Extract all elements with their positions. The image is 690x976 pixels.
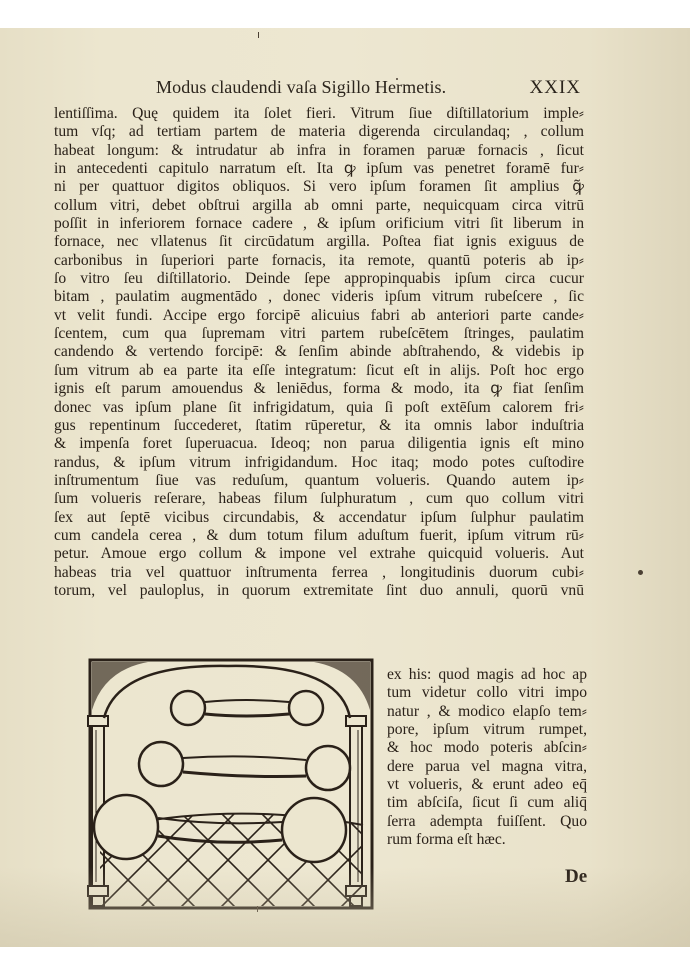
woodcut-illustration xyxy=(78,650,380,916)
text-line: ſcentem, cum qua ſupremam vitri partem r… xyxy=(54,325,584,343)
text-line: habeat longum: & intrudatur ab infra in … xyxy=(54,142,584,160)
ink-speck xyxy=(638,570,643,575)
text-line: petur. Amoue ergo collum & impone vel ex… xyxy=(54,545,584,563)
text-line: torum, vel pauloplus, in quorum extremit… xyxy=(54,582,584,600)
text-line: tim abſciſa, ſicut ſi cum aliq̄ xyxy=(387,794,587,812)
text-line: collum vitri, debet obſtrui argilla ab o… xyxy=(54,197,584,215)
text-line: ſum volueris reſerare, habeas filum ſulp… xyxy=(54,490,584,508)
text-line: lentiſſima. Quę quidem ita ſolet fieri. … xyxy=(54,105,584,123)
text-line: in antecedenti capitulo narratum eſt. It… xyxy=(54,160,584,178)
text-line: gus repentinum ſuccederet, ſtatim rūpere… xyxy=(54,417,584,435)
text-line: vt velit fundi. Accipe ergo forcipē alic… xyxy=(54,307,584,325)
text-line: ſum vitrum ab ea parte ita eſſe integrat… xyxy=(54,362,584,380)
tongs-woodcut-icon xyxy=(78,650,380,916)
text-line: & hoc modo poteris abſcin⸗ xyxy=(387,739,587,757)
text-line: fornace, nec vllatenus ſit circūdatum ar… xyxy=(54,233,584,251)
folio-number: XXIX xyxy=(530,77,582,99)
text-line: ſo vitro ſeu diſtillatorio. Deinde ſepe … xyxy=(54,270,584,288)
text-line: vt volueris, & erunt adeo eq̄ xyxy=(387,776,587,794)
text-line: natur , & modico elapſo tem⸗ xyxy=(387,703,587,721)
text-line: rum forma eſt hæc. xyxy=(387,831,587,849)
text-line: candendo & vertendo forcipē: & ſenſim ab… xyxy=(54,343,584,361)
text-line: tum vſq; ad tertiam partem de materia di… xyxy=(54,123,584,141)
text-line: dere parua vel magna vitra, xyxy=(387,758,587,776)
text-line: ſerra adempta fuiſſent. Quo xyxy=(387,813,587,831)
book-page: Modus claudendi vaſa Sigillo Hermetis. X… xyxy=(0,28,690,947)
running-head-title: Modus claudendi vaſa Sigillo Hermetis. xyxy=(156,77,446,98)
text-line: bitam , paulatim augmentādo , donec vide… xyxy=(54,288,584,306)
text-line: pore, ipſum vitrum rumpet, xyxy=(387,721,587,739)
ink-speck xyxy=(257,906,258,912)
running-header: Modus claudendi vaſa Sigillo Hermetis. X… xyxy=(156,77,581,99)
text-line: poſſit in inferiorem fornace cadere , & … xyxy=(54,215,584,233)
text-line: ſex aut ſeptē vicibus circundabis, & acc… xyxy=(54,509,584,527)
text-line: ignis eſt parum amouendus & leniēdus, fo… xyxy=(54,380,584,398)
ink-speck xyxy=(396,78,398,80)
main-text-block: lentiſſima. Quę quidem ita ſolet fieri. … xyxy=(54,105,584,600)
catchword: De xyxy=(565,866,587,888)
text-line: habeas tria vel quattuor inſtrumenta fer… xyxy=(54,564,584,582)
ink-speck xyxy=(258,32,259,38)
text-line: & impenſa foret ſuperuacua. Ideoq; non p… xyxy=(54,435,584,453)
text-line: ni per quattuor digitos obliquos. Si ver… xyxy=(54,178,584,196)
text-line: inſtrumentum ſiue vas reduſum, quantum v… xyxy=(54,472,584,490)
text-line: tum videtur collo vitri impo xyxy=(387,684,587,702)
text-line: donec vas ipſum plane ſit infrigidatum, … xyxy=(54,399,584,417)
text-line: cum candela cerea , & dum totum filum ad… xyxy=(54,527,584,545)
text-line: carbonibus in ſuperiori parte fornacis, … xyxy=(54,252,584,270)
text-line: randus, & ipſum vitrum infrigidandum. Ho… xyxy=(54,454,584,472)
text-line: ex his: quod magis ad hoc ap xyxy=(387,666,587,684)
side-text-block: ex his: quod magis ad hoc ap tum videtur… xyxy=(387,666,587,849)
